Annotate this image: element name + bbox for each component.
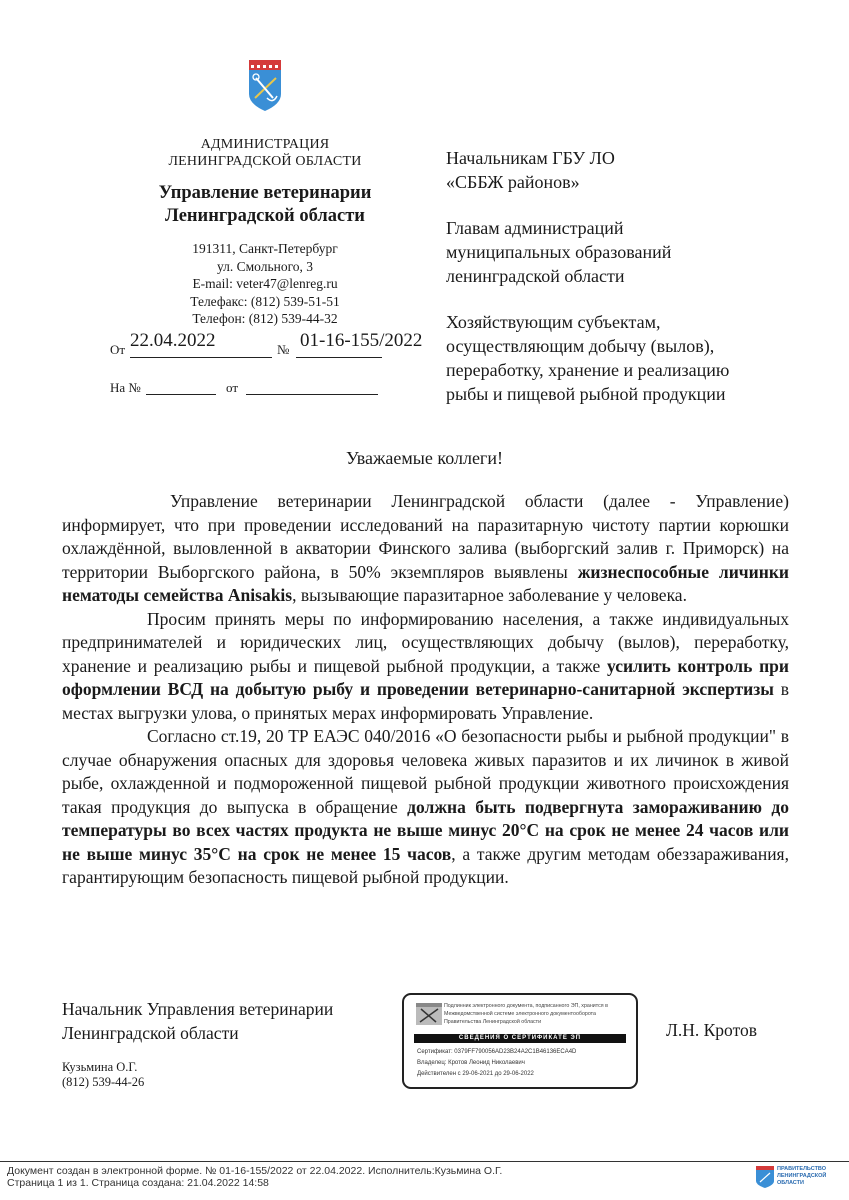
executor-phone: (812) 539-44-26 [62,1075,144,1090]
number-label: № [277,342,289,358]
admin-line-2: ЛЕНИНГРАДСКОЙ ОБЛАСТИ [100,153,430,170]
footer-line-1: Документ создан в электронной форме. № 0… [7,1165,502,1177]
coat-of-arms-icon [247,60,283,110]
greeting: Уважаемые коллеги! [0,448,849,469]
administration-name: АДМИНИСТРАЦИЯ ЛЕНИНГРАДСКОЙ ОБЛАСТИ [100,136,430,170]
from-label: От [110,342,125,358]
recipient-line: «СББЖ районов» [446,172,580,192]
recipients-block: Начальникам ГБУ ЛО «СББЖ районов» Главам… [446,146,786,428]
paragraph-1: Управление ветеринарии Ленинградской обл… [62,490,789,608]
gov-emblem-icon [756,1166,774,1188]
paragraph-2: Просим принять меры по информированию на… [62,608,789,726]
registration-date: 22.04.2022 [130,330,216,352]
recipient-1: Начальникам ГБУ ЛО «СББЖ районов» [446,146,786,194]
e-signature-stamp: Подлинник электронного документа, подпис… [402,993,638,1089]
address-city: 191311, Санкт-Петербург [100,240,430,258]
reply-row: На № от [110,378,440,398]
gov-logo-line: ОБЛАСТИ [777,1180,826,1187]
certificate-id: Сертификат: 0379FF790056AD23B24A2C1B4613… [417,1047,576,1058]
letterhead: АДМИНИСТРАЦИЯ ЛЕНИНГРАДСКОЙ ОБЛАСТИ Упра… [100,60,430,328]
address-street: ул. Смольного, 3 [100,258,430,276]
recipient-line: осуществляющим добычу (вылов), [446,336,714,356]
admin-line-1: АДМИНИСТРАЦИЯ [100,136,430,153]
reply-date-underline [246,393,378,395]
reply-number-underline [146,393,216,395]
gov-logo-text: ПРАВИТЕЛЬСТВО ЛЕНИНГРАДСКОЙ ОБЛАСТИ [777,1166,826,1187]
reply-from-label: от [226,380,238,396]
department-name: Управление ветеринарии Ленинградской обл… [100,182,430,228]
recipient-line: Главам администраций [446,218,624,238]
registration-row: От 22.04.2022 № 01-16-155/2022 [110,330,440,360]
number-underline [296,356,382,358]
executor-name: Кузьмина О.Г. [62,1060,144,1075]
certificate-owner: Владелец: Кротов Леонид Николаевич [417,1058,576,1069]
text-run: , вызывающие паразитарное заболевание у … [292,585,687,605]
signer-name: Л.Н. Кротов [666,1020,757,1041]
registration-number: 01-16-155/2022 [300,330,422,352]
footer-divider [0,1161,849,1162]
paragraph-3: Согласно ст.19, 20 ТР ЕАЭС 040/2016 «О б… [62,725,789,890]
signer-title-line-1: Начальник Управления ветеринарии [62,997,333,1021]
executor-block: Кузьмина О.Г. (812) 539-44-26 [62,1060,144,1090]
recipient-line: Начальникам ГБУ ЛО [446,148,615,168]
dept-line-1: Управление ветеринарии [100,182,430,205]
recipient-line: муниципальных образований [446,242,671,262]
email: E-mail: veter47@lenreg.ru [100,275,430,293]
gov-logo-line: ПРАВИТЕЛЬСТВО [777,1166,826,1173]
letter-body: Управление ветеринарии Ленинградской обл… [62,490,789,890]
recipient-3: Хозяйствующим субъектам, осуществляющим … [446,310,786,406]
recipient-line: переработку, хранение и реализацию [446,360,729,380]
dept-line-2: Ленинградской области [100,205,430,228]
signer-title-line-2: Ленинградской области [62,1021,333,1045]
recipient-line: Хозяйствующим субъектам, [446,312,660,332]
stamp-header: СВЕДЕНИЯ О СЕРТИФИКАТЕ ЭП [414,1034,626,1043]
reply-label: На № [110,380,141,396]
date-underline [130,356,272,358]
recipient-2: Главам администраций муниципальных образ… [446,216,786,288]
certificate-validity: Действителен с 29-06-2021 до 29-06-2022 [417,1069,576,1080]
gov-logo-line: ЛЕНИНГРАДСКОЙ [777,1173,826,1180]
recipient-line: ленинградской области [446,266,625,286]
coat-of-arms-icon [416,1003,442,1025]
phone: Телефон: (812) 539-44-32 [100,310,430,328]
fax: Телефакс: (812) 539-51-51 [100,293,430,311]
footer-line-2: Страница 1 из 1. Страница создана: 21.04… [7,1177,502,1189]
certificate-details: Сертификат: 0379FF790056AD23B24A2C1B4613… [417,1047,576,1080]
document-footer: Документ создан в электронной форме. № 0… [7,1165,502,1189]
government-logo: ПРАВИТЕЛЬСТВО ЛЕНИНГРАДСКОЙ ОБЛАСТИ [756,1166,846,1190]
signer-title: Начальник Управления ветеринарии Ленингр… [62,997,333,1045]
contact-block: 191311, Санкт-Петербург ул. Смольного, 3… [100,240,430,328]
stamp-note: Подлинник электронного документа, подпис… [444,1002,634,1026]
recipient-line: рыбы и пищевой рыбной продукции [446,384,726,404]
